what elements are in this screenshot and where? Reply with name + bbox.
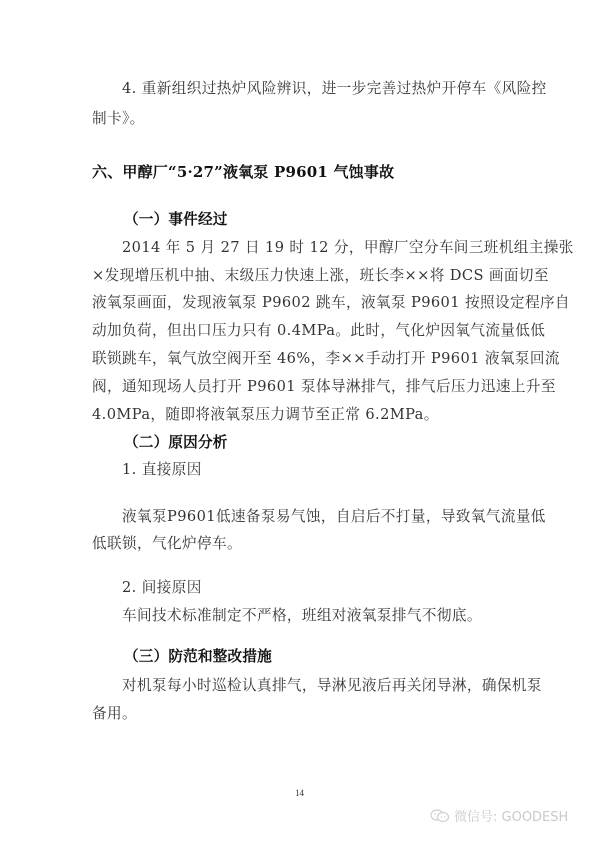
- document-page: 4. 重新组织过热炉风险辨识，进一步完善过热炉开停车《风险控 制卡》。 六、甲醇…: [0, 0, 600, 848]
- paragraph-line: 联锁跳车，氧气放空阀开至 46%，李××手动打开 P9601 液氧泵回流: [92, 349, 522, 369]
- direct-cause-label: 1. 直接原因: [122, 460, 552, 480]
- subsection-heading-event: （一）事件经过: [124, 210, 554, 230]
- subsection-heading-cause: （二）原因分析: [124, 433, 554, 453]
- subsection-heading-measures: （三）防范和整改措施: [124, 647, 554, 667]
- wechat-icon: [430, 809, 450, 823]
- list-item-4-line1: 4. 重新组织过热炉风险辨识，进一步完善过热炉开停车《风险控: [122, 79, 552, 99]
- paragraph-line: 车间技术标准制定不严格，班组对液氧泵排气不彻底。: [122, 606, 552, 626]
- page-number: 14: [295, 788, 304, 798]
- list-item-4-line2: 制卡》。: [92, 109, 522, 129]
- paragraph-line: 对机泵每小时巡检认真排气，导淋见液后再关闭导淋，确保机泵: [122, 676, 552, 696]
- paragraph-line: 液氧泵P9601低速备泵易气蚀，自启后不打量，导致氧气流量低: [122, 507, 552, 527]
- paragraph-line: 4.0MPa，随即将液氧泵压力调节至正常 6.2MPa。: [92, 405, 522, 425]
- paragraph-line: 动加负荷，但出口压力只有 0.4MPa。此时，气化炉因氧气流量低低: [92, 321, 522, 341]
- watermark-text: 微信号: GOODESH: [454, 806, 568, 825]
- paragraph-line: 2014 年 5 月 27 日 19 时 12 分，甲醇厂空分车间三班机组主操张: [122, 238, 552, 258]
- paragraph-line: 阀，通知现场人员打开 P9601 泵体导淋排气，排气后压力迅速上升至: [92, 377, 522, 397]
- watermark: 微信号: GOODESH: [430, 806, 568, 825]
- paragraph-line: ×发现增压机中抽、末级压力快速上涨，班长李××将 DCS 画面切至: [92, 266, 522, 286]
- paragraph-line: 备用。: [92, 704, 522, 724]
- paragraph-line: 低联锁，气化炉停车。: [92, 534, 522, 554]
- section-heading: 六、甲醇厂“5·27”液氧泵 P9601 气蚀事故: [92, 162, 522, 182]
- paragraph-line: 液氧泵画面，发现液氧泵 P9602 跳车，液氧泵 P9601 按照设定程序自: [92, 293, 522, 313]
- indirect-cause-label: 2. 间接原因: [122, 578, 552, 598]
